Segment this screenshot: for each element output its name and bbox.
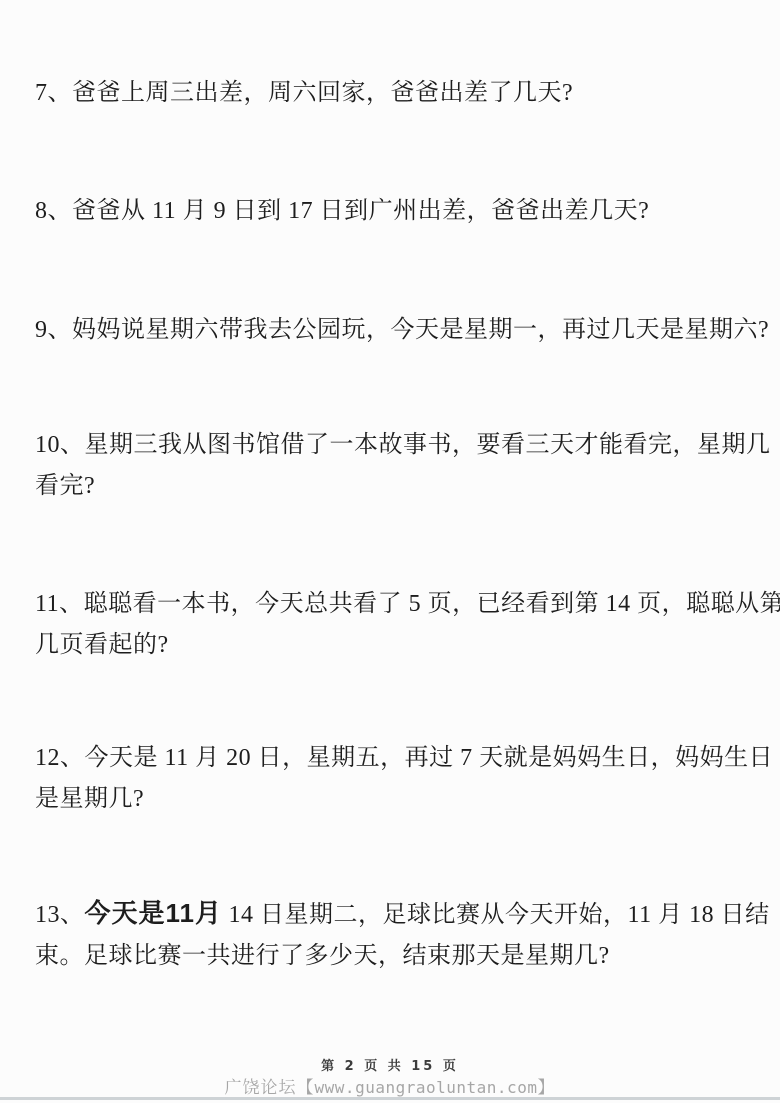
watermark-url: www.guangraoluntan.com <box>315 1078 538 1097</box>
question-9-text: 9、妈妈说星期六带我去公园玩，今天是星期一，再过几天是星期六? <box>35 310 763 351</box>
watermark-site-name: 广饶论坛【 <box>225 1078 315 1098</box>
page-number: 第 2 页 共 15 页 <box>0 1055 780 1074</box>
question-13-bold-segment: 今天是11月 <box>85 898 223 928</box>
question-13-text-line-2: 束。足球比赛一共进行了多少天，结束那天是星期几? <box>35 936 763 977</box>
watermark-bracket-close: 】 <box>537 1078 555 1098</box>
question-13-number: 13、 <box>35 902 85 928</box>
question-8-text: 8、爸爸从 11 月 9 日到 17 日到广州出差，爸爸出差几天? <box>35 191 763 232</box>
question-10-text-line-1: 10、星期三我从图书馆借了一本故事书，要看三天才能看完，星期几 <box>35 425 763 466</box>
question-10: 10、星期三我从图书馆借了一本故事书，要看三天才能看完，星期几 看完? <box>35 425 763 507</box>
question-8: 8、爸爸从 11 月 9 日到 17 日到广州出差，爸爸出差几天? <box>35 191 763 232</box>
question-7: 7、爸爸上周三出差，周六回家，爸爸出差了几天? <box>35 73 763 114</box>
question-11-text-line-1: 11、聪聪看一本书，今天总共看了 5 页，已经看到第 14 页，聪聪从第 <box>35 584 763 625</box>
question-12-text-line-1: 12、今天是 11 月 20 日，星期五，再过 7 天就是妈妈生日，妈妈生日 <box>35 738 763 779</box>
question-10-text-line-2: 看完? <box>35 466 763 507</box>
watermark: 广饶论坛【www.guangraoluntan.com】 <box>0 1073 780 1098</box>
question-11: 11、聪聪看一本书，今天总共看了 5 页，已经看到第 14 页，聪聪从第 几页看… <box>35 584 763 666</box>
question-12-text-line-2: 是星期几? <box>35 779 763 820</box>
question-9: 9、妈妈说星期六带我去公园玩，今天是星期一，再过几天是星期六? <box>35 310 763 351</box>
scan-edge-line <box>0 1097 780 1100</box>
question-12: 12、今天是 11 月 20 日，星期五，再过 7 天就是妈妈生日，妈妈生日 是… <box>35 738 763 820</box>
worksheet-page: 7、爸爸上周三出差，周六回家，爸爸出差了几天? 8、爸爸从 11 月 9 日到 … <box>0 0 780 1103</box>
question-7-text: 7、爸爸上周三出差，周六回家，爸爸出差了几天? <box>35 73 763 114</box>
question-13-rest: 14 日星期二，足球比赛从今天开始，11 月 18 日结 <box>222 902 770 928</box>
question-11-text-line-2: 几页看起的? <box>35 625 763 666</box>
question-13-text-line-1: 13、今天是11月 14 日星期二，足球比赛从今天开始，11 月 18 日结 <box>35 893 763 936</box>
question-13: 13、今天是11月 14 日星期二，足球比赛从今天开始，11 月 18 日结 束… <box>35 893 763 977</box>
